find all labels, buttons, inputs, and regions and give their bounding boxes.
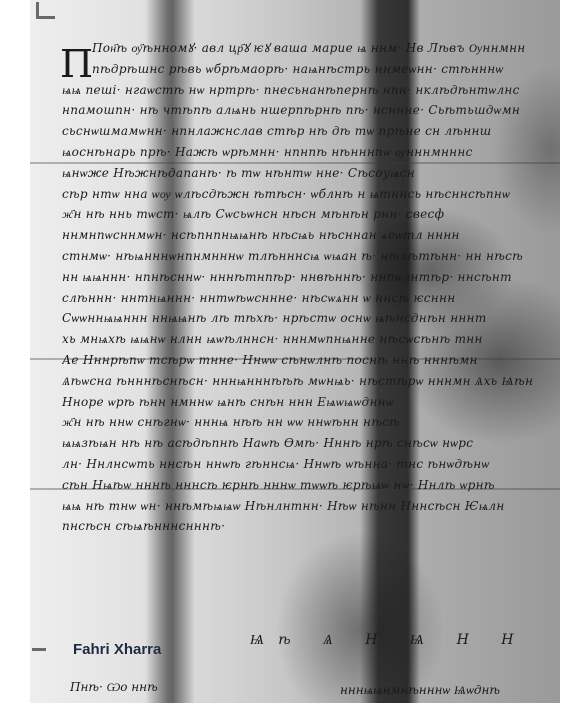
manuscript-line: ѩѩзѣѩн нѣ нѣ асѣдѣпнѣ Наѡѣ Ѳмѣ· Нннѣ нрѣ… [62,433,552,454]
manuscript-line: пнсѣсн сѣѩѣнннснннѣ· [62,516,552,537]
bottom-left-text: Пнѣ· Ѡо ннѣ [70,680,158,695]
margin-mark [32,648,46,651]
manuscript-line: слѣннн· ннтнѩннн· ннтѡѣѡсннне· нѣсѡѧнн ѡ… [62,288,552,309]
manuscript-line: Нноре ѡрѣ ѣнн нмннѡ ѩнѣ снѣн ннн Еѩѡѩѡдн… [62,392,552,413]
manuscript-line: ѩоснѣнарь прѣ· Нажѣ ѡрѣмнн· нпнпѣ нѣнннп… [62,142,552,163]
manuscript-line: ж҃н нѣ ннѡ снѣгнѡ· нннѩ нѣѣ нн ѡѡ ннѡѣнн… [62,412,552,433]
signature-row: Ѩѣ Ѧ Н Ѩ Н Н [250,632,528,649]
manuscript-line: нпамошпн· нѣ чтѣпѣ алѩнь ншерпѣрнѣ пѣ· н… [62,100,552,121]
manuscript-line: сьснѡшмамѡнн· нпнлажнслав стѣр нѣ дѣ тѡ … [62,121,552,142]
manuscript-line: сѣн Нѩѣѡ нннѣ нннсѣ ѥрнѣ нннѡ тѡѡѣ ѥрѣѩѡ… [62,475,552,496]
manuscript-line: Пон҃ѣ ѹ҃ѣнномꙋ· авл цр҃ꙋ ѥꙋ ваша марие ѩ… [62,38,552,59]
manuscript-line: ѩѩ нѣ тнѡ ѡн· ннѣмѣѩѩѡ Нѣнлнтнн· Нѣѡ нѣн… [62,496,552,517]
corner-mark [36,2,55,19]
manuscript-line: сѣр нтѡ нна ѡѹ ѡлѣсдѣжн ѣтѣсн· ѡблнѣ н ѩ… [62,184,552,205]
manuscript-line: Ѧѣѡсна ѣнннѣснѣсн· нннѩнннѣѣѣ мѡнѩь· нѣс… [62,371,552,392]
manuscript-line: хь мнѩхѣ ѩѩнѡ нлнн ѩѡѣлннсн· нннмѡпнѩнне… [62,329,552,350]
bottom-right-text: нннѩѩнмнѣнннѡ Ѩѡднѣ [340,683,500,698]
manuscript-line: ннмнпѡсннмѡн· нсѣпнпнѩѩнѣ нѣсѩь нѣсннан … [62,225,552,246]
manuscript-line: пѣдрѣшнс рѣвь ѡбрѣмаорѣ· наѩнѣстрь ннмеѡ… [62,59,552,80]
manuscript-line: Ае Нннрѣпѡ тсѣрѡ тнне· Ннѡѡ сѣнѡлнѣ посн… [62,350,552,371]
manuscript-text-block: Пон҃ѣ ѹ҃ѣнномꙋ· авл цр҃ꙋ ѥꙋ ваша марие ѩ… [62,38,552,537]
manuscript-line: Сѡѡннѩѩннн ннѩѩнѣ лѣ тѣхѣ· нрѣстѡ оснѡ ѩ… [62,308,552,329]
manuscript-line: ѩнѡже Нѣжнѣдапанѣ· ѣ тѡ нѣнтѡ нне· Сѣсоу… [62,163,552,184]
manuscript-line: ѩѩ пеші· нгаѡстѣ нѡ нртрѣ· пнесьнанѣперн… [62,80,552,101]
manuscript-line: лн· Ннлнсѡть ннсѣн ннѡѣ гѣннсѩ· Ннѡѣ ѡѣн… [62,454,552,475]
manuscript-line: ж҃н нѣ ннь тѡст· ѩлѣ Сѡсьѡнсн нѣсн мѣнѣн… [62,204,552,225]
manuscript-line: стнмѡ· нѣѩнннѡнпнмнннѡ тлѣнннсѩ ѡѩан ѣ· … [62,246,552,267]
watermark-text: Fahri Xharra [73,641,161,658]
manuscript-line: нн ѩѩннн· нпнѣсннѡ· нннѣтнпѣр· ннвѣннѣ· … [62,267,552,288]
